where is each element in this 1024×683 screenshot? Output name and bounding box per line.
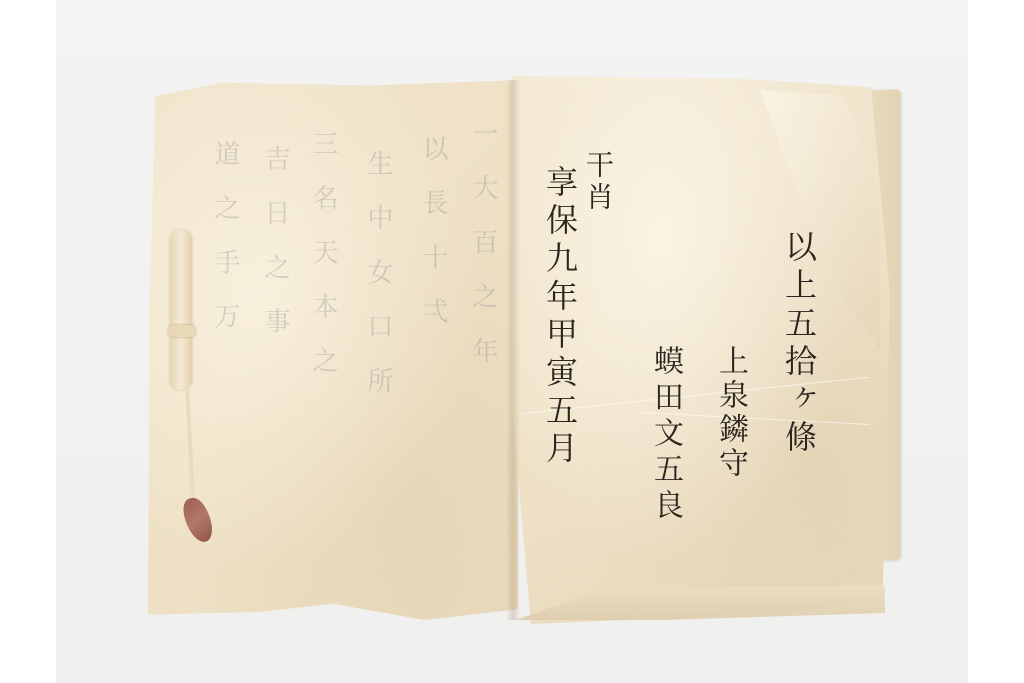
date-heading: 干肖 [584,150,612,214]
binding-cord-loop [170,230,192,390]
bleed-through-column: 三 名 天 本 之 [310,130,336,383]
era-date: 享保九年甲寅五月 [544,165,576,469]
signatory-name-1: 上泉鏻守 [715,345,745,481]
bleed-through-column: 吉 日 之 事 [262,145,288,344]
bleed-through-column: 以 長 十 弌 [420,135,446,334]
document-booklet: 一 大 百 之 年 以 長 十 弌 生 中 女 口 所 三 名 天 本 之 吉 … [0,0,1024,683]
binding-cord-knot [168,325,196,337]
spine-gutter [506,80,520,620]
bleed-through-column: 道 之 手 万 [212,140,238,339]
bleed-through-column: 生 中 女 口 所 [365,150,391,403]
bleed-through-column: 一 大 百 之 年 [470,120,496,373]
signatory-name-2: 蟆田文五良 [650,345,680,525]
article-count-summary: 以上五拾ヶ條 [783,230,815,458]
